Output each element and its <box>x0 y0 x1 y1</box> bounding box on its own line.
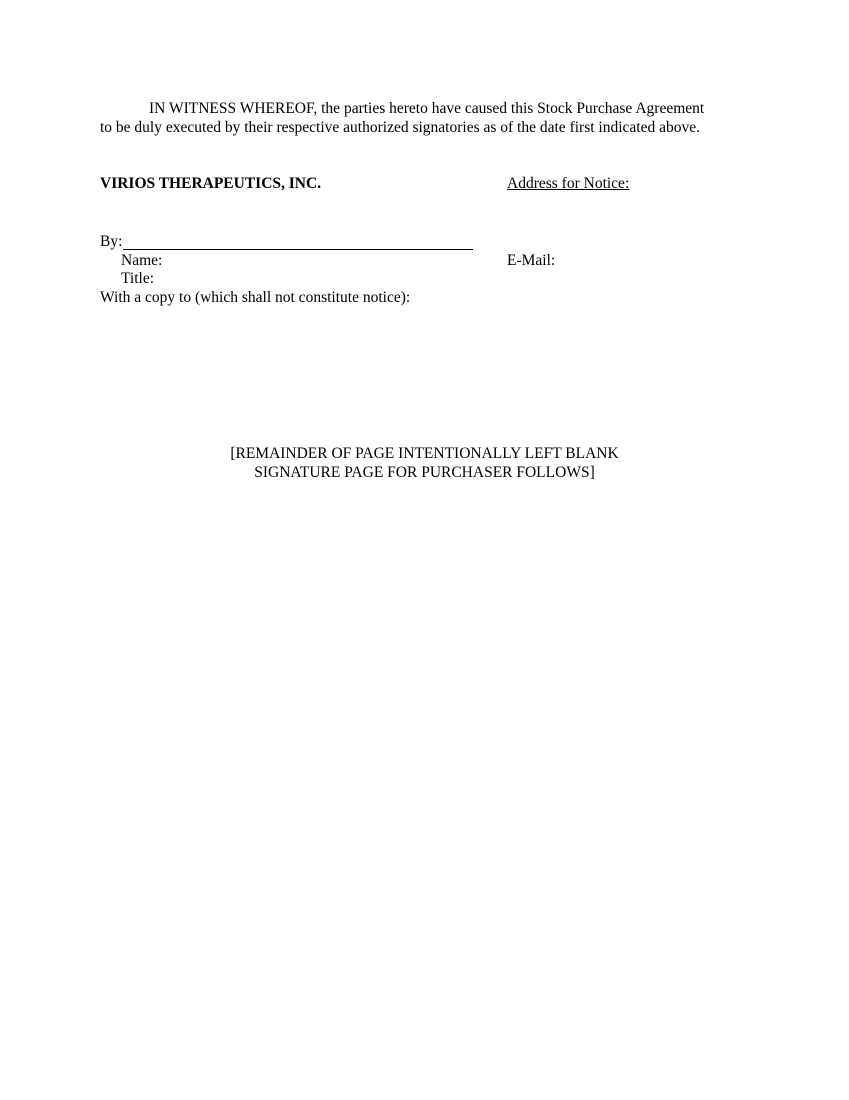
remainder-notice-line-2: SIGNATURE PAGE FOR PURCHASER FOLLOWS] <box>0 463 849 482</box>
address-for-notice-label: Address for Notice: <box>507 175 629 193</box>
company-name: VIRIOS THERAPEUTICS, INC. <box>100 175 321 193</box>
intro-paragraph-line-2: to be duly executed by their respective … <box>100 119 700 137</box>
remainder-notice: [REMAINDER OF PAGE INTENTIONALLY LEFT BL… <box>0 444 849 482</box>
email-label: E-Mail: <box>507 252 555 270</box>
signature-line <box>123 249 473 250</box>
by-label: By: <box>100 233 122 251</box>
intro-paragraph-line-1: IN WITNESS WHEREOF, the parties hereto h… <box>149 100 704 118</box>
remainder-notice-line-1: [REMAINDER OF PAGE INTENTIONALLY LEFT BL… <box>0 444 849 463</box>
name-label: Name: <box>121 252 162 270</box>
copy-to-label: With a copy to (which shall not constitu… <box>100 289 410 307</box>
title-label: Title: <box>121 270 154 288</box>
document-page: IN WITNESS WHEREOF, the parties hereto h… <box>0 0 849 1100</box>
